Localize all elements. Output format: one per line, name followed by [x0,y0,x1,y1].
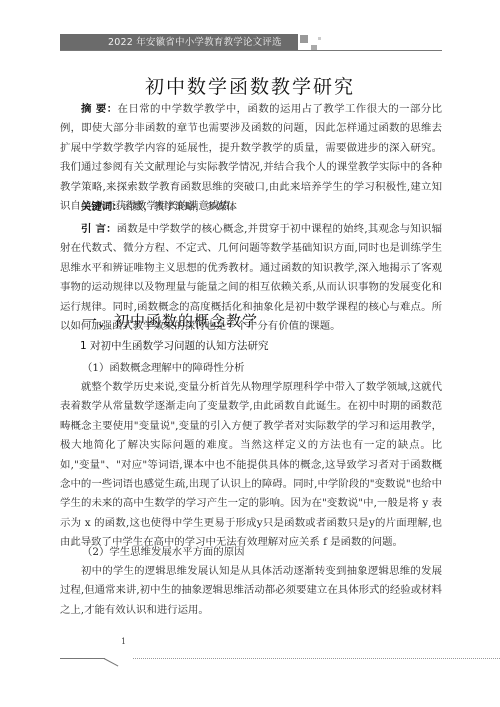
footer-rule [60,658,105,659]
footer-rule-slant [104,658,119,666]
page-title: 初中数学函数教学研究 [0,72,500,99]
section-heading: 一、初中函数的概念教学 [82,310,258,331]
keywords-text: 函数，教学策略，多媒体 [123,201,237,213]
paragraph-1: 就整个数学历史来说,变量分析首先从物理学原理科学中带入了数学领域,这就代表着数学… [60,378,442,553]
subsubsection-heading-1: （1）函数概念理解中的障碍性分析 [82,359,244,374]
paragraph-2: 初中的学生的逻辑思维发展认知是从具体活动逐渐转变到抽象逻辑思维的发展过程,但通常… [60,562,442,620]
running-title: 2022 年安徽省中小学教育教学论文评选 [108,37,282,48]
header-bar: 2022 年安徽省中小学教育教学论文评选 [60,34,298,51]
decorative-square [300,35,308,43]
keywords-label: 关键词： [81,201,123,213]
subsubsection-heading-2: （2）学生思维发展水平方面的原因 [82,543,244,558]
keywords: 关键词：函数，教学策略，多媒体 [60,198,442,217]
abstract-text: 在日常的中学数学教学中，函数的运用占了教学工作很大的一部分比例，即使大部分非函数… [60,103,442,212]
header-rule [60,50,442,51]
decorative-dot [318,37,321,40]
introduction-label: 引 言： [81,223,117,235]
subsection-heading: 1 对初中生函数学习问题的认知方法研究 [80,338,269,353]
abstract-label: 摘 要： [81,103,118,115]
page-number: 1 [121,637,126,646]
footer-dotted-rule [133,658,500,659]
